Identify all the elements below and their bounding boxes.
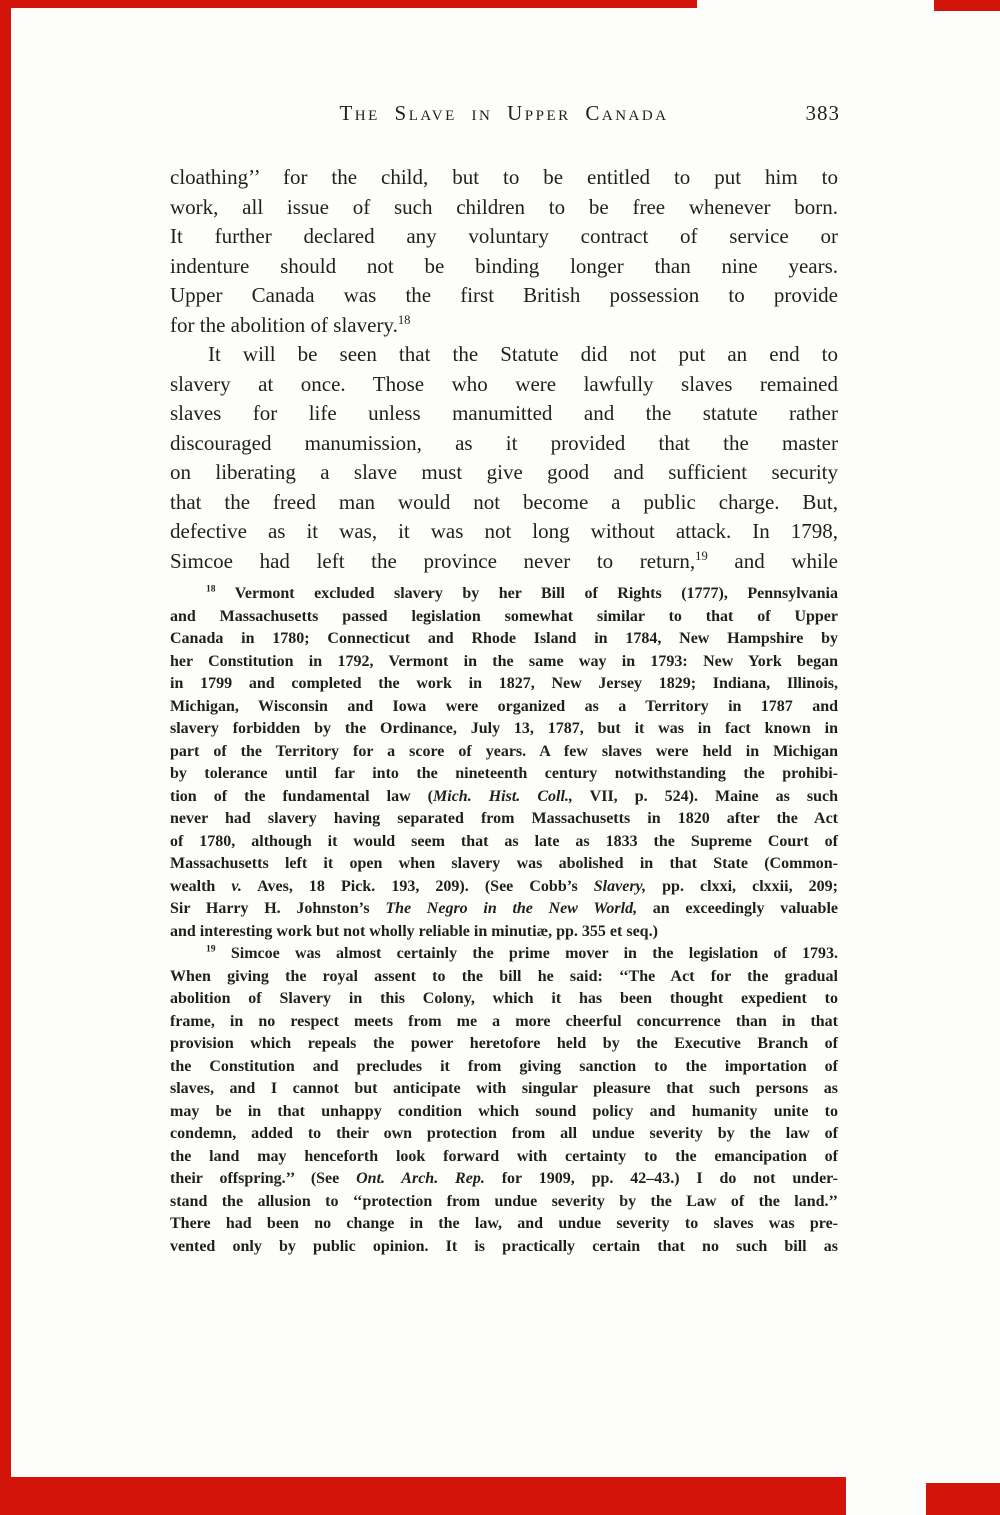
text-line: tion of the fundamental law (Mich. Hist.… (170, 786, 838, 809)
text-line: Sir Harry H. Johnston’s The Negro in the… (170, 898, 838, 921)
text-line: vented only by public opinion. It is pra… (170, 1236, 838, 1259)
text-line: and Massachusetts passed legislation som… (170, 606, 838, 629)
text-line: stand the allusion to ‘‘protection from … (170, 1191, 838, 1214)
text-line: on liberating a slave must give good and… (170, 458, 838, 488)
text-line: in 1799 and completed the work in 1827, … (170, 673, 838, 696)
scan-edge-left (0, 0, 11, 1515)
text-line: Canada in 1780; Connecticut and Rhode Is… (170, 628, 838, 651)
text-line: of 1780, although it would seem that as … (170, 831, 838, 854)
text-line: slaves for life unless manumitted and th… (170, 399, 838, 429)
text-line: slaves, and I cannot but anticipate with… (170, 1078, 838, 1101)
book-page: The Slave in Upper Canada 383 cloathing’… (170, 101, 838, 1258)
text-line: slavery at once. Those who were lawfully… (170, 370, 838, 400)
text-line: indenture should not be binding longer t… (170, 252, 838, 282)
text-line: It further declared any voluntary contra… (170, 222, 838, 252)
page-number: 383 (806, 101, 841, 126)
text-line: There had been no change in the law, and… (170, 1213, 838, 1236)
scan-edge-top-right (934, 0, 1000, 11)
text-line: their offspring.’’ (See Ont. Arch. Rep. … (170, 1168, 838, 1191)
text-line: the land may henceforth look forward wit… (170, 1146, 838, 1169)
text-line: Upper Canada was the first British posse… (170, 281, 838, 311)
text-line: work, all issue of such children to be f… (170, 193, 838, 223)
text-line: part of the Territory for a score of yea… (170, 741, 838, 764)
text-line: slavery forbidden by the Ordinance, July… (170, 718, 838, 741)
paragraph: It will be seen that the Statute did not… (170, 340, 838, 576)
text-line: that the freed man would not become a pu… (170, 488, 838, 518)
text-line: and interesting work but not wholly reli… (170, 921, 838, 944)
text-line: Michigan, Wisconsin and Iowa were organi… (170, 696, 838, 719)
text-line: the Constitution and precludes it from g… (170, 1056, 838, 1079)
text-line: condemn, added to their own protection f… (170, 1123, 838, 1146)
scan-edge-bottom-right (926, 1483, 1000, 1515)
text-line: It will be seen that the Statute did not… (170, 340, 838, 370)
text-line: frame, in no respect meets from me a mor… (170, 1011, 838, 1034)
text-line: for the abolition of slavery.18 (170, 311, 838, 341)
paragraph: 19 Simcoe was almost certainly the prime… (170, 943, 838, 1258)
body-text: cloathing’’ for the child, but to be ent… (170, 163, 838, 576)
page-title: The Slave in Upper Canada (170, 101, 838, 126)
text-line: by tolerance until far into the nineteen… (170, 763, 838, 786)
text-line: 18 Vermont excluded slavery by her Bill … (170, 583, 838, 606)
text-line: When giving the royal assent to the bill… (170, 966, 838, 989)
text-line: 19 Simcoe was almost certainly the prime… (170, 943, 838, 966)
text-line: cloathing’’ for the child, but to be ent… (170, 163, 838, 193)
scan-edge-bottom (0, 1477, 846, 1515)
scan-edge-top (0, 0, 697, 8)
paragraph: cloathing’’ for the child, but to be ent… (170, 163, 838, 340)
running-header: The Slave in Upper Canada 383 (170, 101, 838, 127)
text-line: Simcoe had left the province never to re… (170, 547, 838, 577)
text-line: her Constitution in 1792, Vermont in the… (170, 651, 838, 674)
text-line: wealth v. Aves, 18 Pick. 193, 209). (See… (170, 876, 838, 899)
text-line: may be in that unhappy condition which s… (170, 1101, 838, 1124)
text-line: Massachusetts left it open when slavery … (170, 853, 838, 876)
text-line: defective as it was, it was not long wit… (170, 517, 838, 547)
text-line: abolition of Slavery in this Colony, whi… (170, 988, 838, 1011)
text-line: discouraged manumission, as it provided … (170, 429, 838, 459)
text-line: provision which repeals the power hereto… (170, 1033, 838, 1056)
paragraph: 18 Vermont excluded slavery by her Bill … (170, 583, 838, 943)
footnotes: 18 Vermont excluded slavery by her Bill … (170, 583, 838, 1258)
text-line: never had slavery having separated from … (170, 808, 838, 831)
